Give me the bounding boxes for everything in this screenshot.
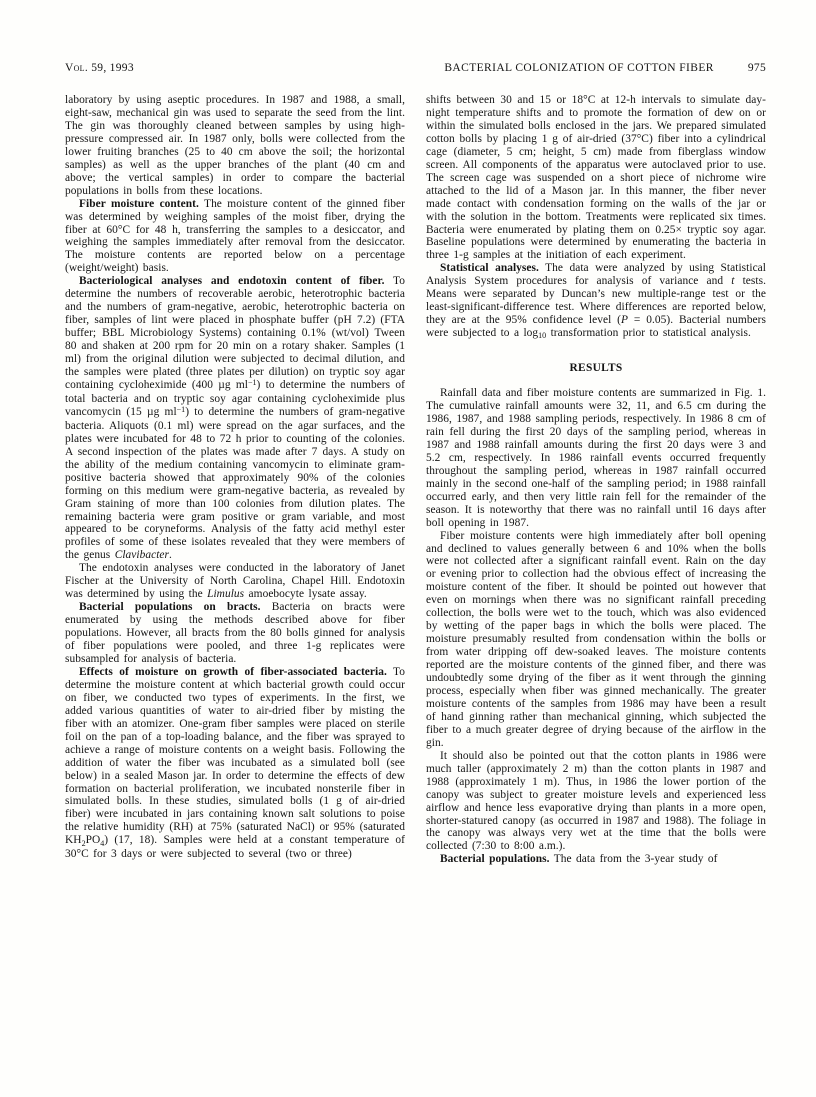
paragraph: laboratory by using aseptic procedures. … bbox=[65, 94, 405, 198]
text-run: To determine the moisture content at whi… bbox=[65, 666, 405, 846]
text-run-b: Fiber moisture content. bbox=[79, 198, 199, 210]
paragraph: Bacteriological analyses and endotoxin c… bbox=[65, 275, 405, 562]
text-run-sub: 10 bbox=[538, 331, 546, 340]
text-run-b: Effects of moisture on growth of fiber-a… bbox=[79, 666, 387, 678]
text-run: ) (17, 18). Samples were held at a const… bbox=[65, 834, 405, 860]
paragraph: Fiber moisture contents were high immedi… bbox=[426, 530, 766, 750]
text-run-i: Limulus bbox=[207, 588, 244, 600]
page-header: Vol. 59, 1993 BACTERIAL COLONIZATION OF … bbox=[65, 62, 766, 74]
text-run: To determine the numbers of recoverable … bbox=[65, 275, 405, 391]
text-run-b: Bacteriological analyses and endotoxin c… bbox=[79, 275, 384, 287]
text-run: The data from the 3-year study of bbox=[550, 853, 718, 865]
text-run: shifts between 30 and 15 or 18°C at 12-h… bbox=[426, 94, 766, 261]
text-run: It should also be pointed out that the c… bbox=[426, 750, 766, 853]
text-run-i: P bbox=[621, 314, 628, 326]
paragraph: Bacterial populations. The data from the… bbox=[426, 853, 766, 866]
text-run: . bbox=[169, 549, 172, 561]
paragraph: Rainfall data and fiber moisture content… bbox=[426, 387, 766, 529]
text-run-b: Bacterial populations on bracts. bbox=[79, 601, 261, 613]
running-head: BACTERIAL COLONIZATION OF COTTON FIBER 9… bbox=[444, 62, 766, 74]
section-heading: RESULTS bbox=[426, 362, 766, 375]
column-left: laboratory by using aseptic procedures. … bbox=[65, 94, 405, 866]
paragraph: The endotoxin analyses were conducted in… bbox=[65, 562, 405, 601]
text-run: laboratory by using aseptic procedures. … bbox=[65, 94, 405, 197]
paragraph: Statistical analyses. The data were anal… bbox=[426, 262, 766, 341]
paragraph: Bacterial populations on bracts. Bacteri… bbox=[65, 601, 405, 666]
text-run: transformation prior to statistical anal… bbox=[546, 327, 751, 339]
text-run-sub: 4 bbox=[100, 839, 104, 848]
text-run: amoebocyte lysate assay. bbox=[244, 588, 367, 600]
text-run: Fiber moisture contents were high immedi… bbox=[426, 530, 766, 749]
journal-page: Vol. 59, 1993 BACTERIAL COLONIZATION OF … bbox=[0, 0, 816, 1097]
text-run: ) to determine the numbers of gram-negat… bbox=[65, 406, 405, 561]
text-run: Rainfall data and fiber moisture content… bbox=[426, 387, 766, 529]
two-column-body: laboratory by using aseptic procedures. … bbox=[65, 94, 766, 866]
text-run: PO bbox=[86, 834, 101, 846]
text-run-sup: −1 bbox=[248, 378, 257, 387]
text-run-sup: −1 bbox=[177, 405, 186, 414]
paragraph: shifts between 30 and 15 or 18°C at 12-h… bbox=[426, 94, 766, 262]
text-run-i: Clavibacter bbox=[115, 549, 169, 561]
text-run-sub: 2 bbox=[82, 839, 86, 848]
paragraph: It should also be pointed out that the c… bbox=[426, 750, 766, 854]
page-number: 975 bbox=[748, 62, 766, 74]
text-run-b: Bacterial populations. bbox=[440, 853, 550, 865]
running-title: BACTERIAL COLONIZATION OF COTTON FIBER bbox=[444, 62, 713, 74]
column-right: shifts between 30 and 15 or 18°C at 12-h… bbox=[426, 94, 766, 866]
text-run-b: Statistical analyses. bbox=[440, 262, 539, 274]
text-run: RESULTS bbox=[570, 362, 623, 374]
journal-volume-issue: Vol. 59, 1993 bbox=[65, 62, 134, 74]
paragraph: Fiber moisture content. The moisture con… bbox=[65, 198, 405, 276]
paragraph: Effects of moisture on growth of fiber-a… bbox=[65, 666, 405, 861]
